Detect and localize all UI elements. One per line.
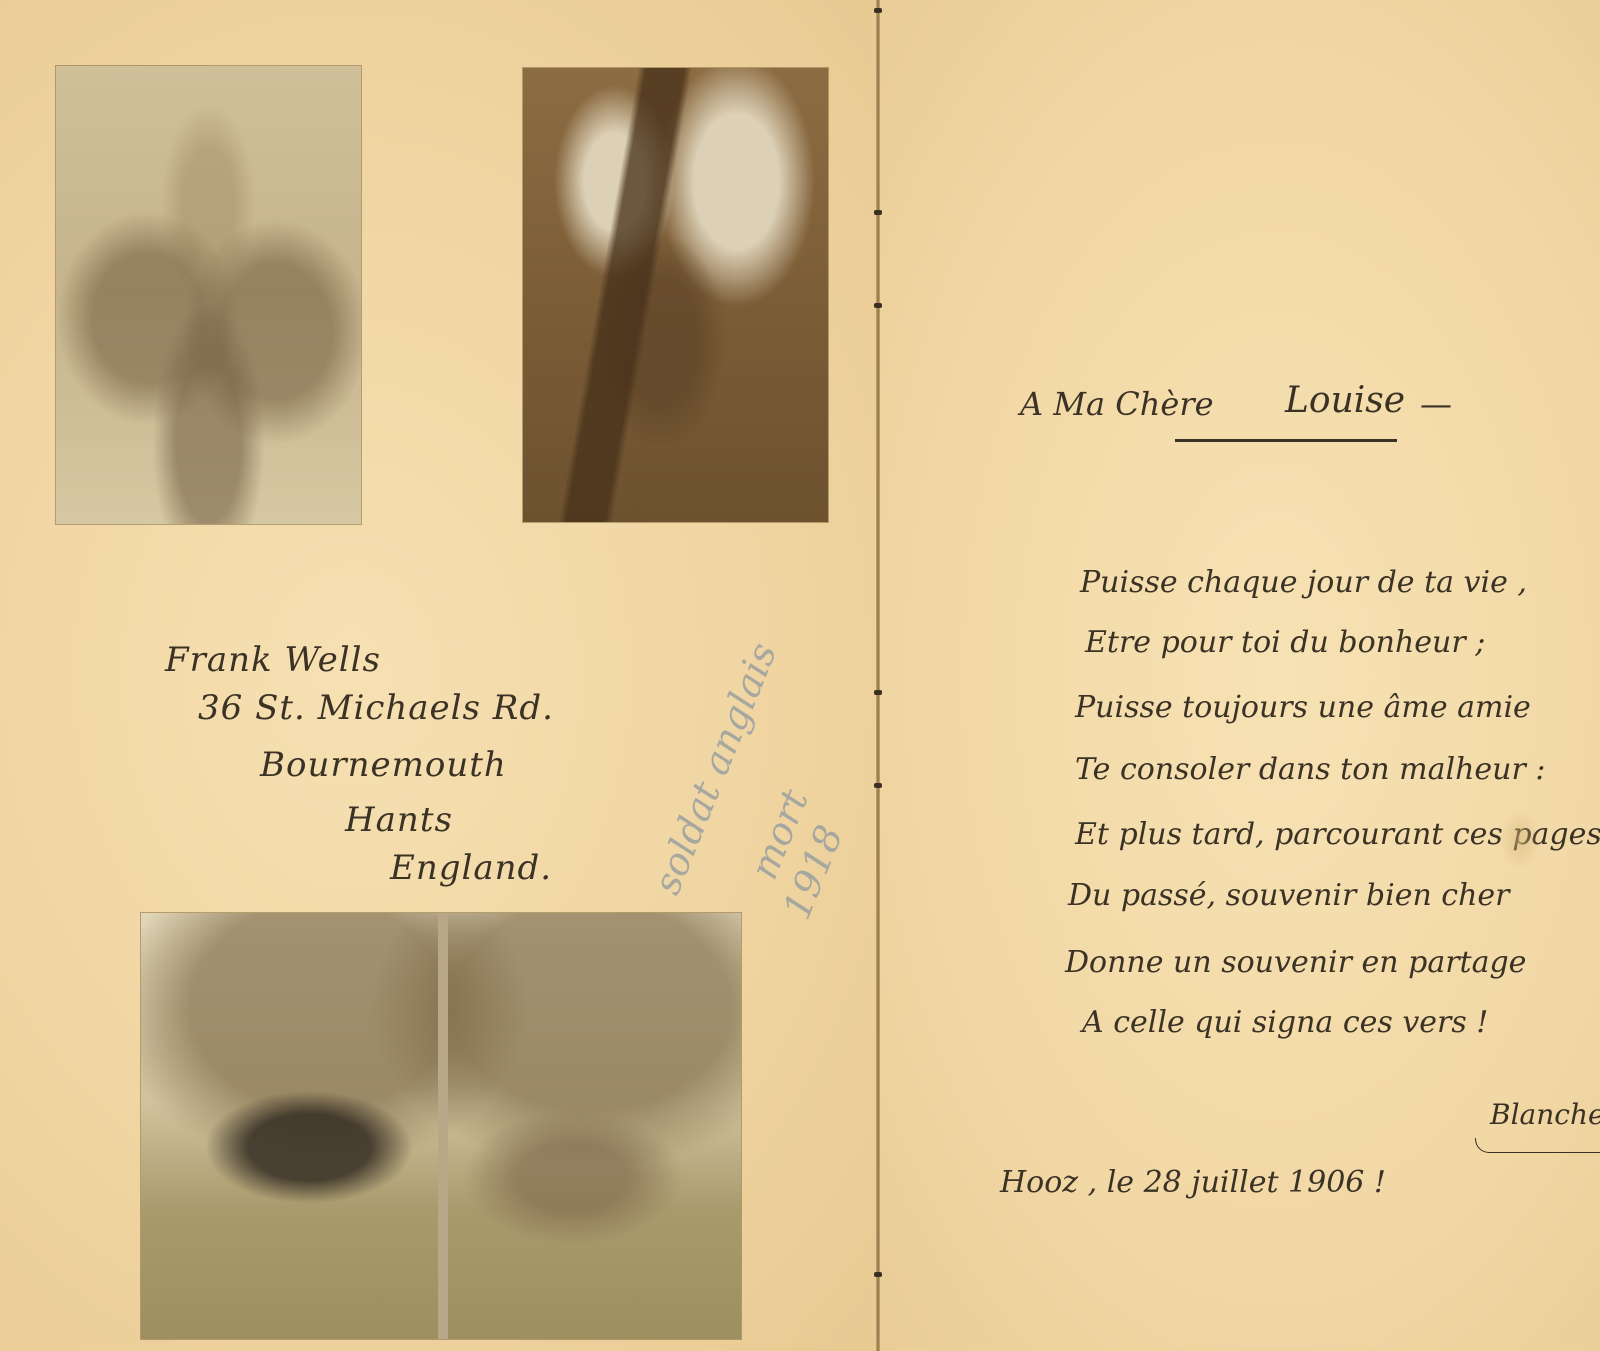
verse-line: Du passé, souvenir bien cher bbox=[1068, 878, 1510, 913]
binding-stitch bbox=[874, 303, 882, 308]
address-name: Frank Wells bbox=[165, 640, 381, 680]
address-town: Bournemouth bbox=[260, 745, 507, 785]
book-gutter bbox=[876, 0, 880, 1351]
photo-man-by-tree bbox=[523, 68, 828, 522]
verse-line: Donne un souvenir en partage bbox=[1065, 945, 1526, 980]
address-street: 36 St. Michaels Rd. bbox=[198, 688, 554, 728]
verse-line: Etre pour toi du bonheur ; bbox=[1085, 625, 1485, 660]
heading-suffix: — bbox=[1420, 385, 1452, 423]
verse-line: Puisse chaque jour de ta vie , bbox=[1080, 565, 1527, 600]
binding-stitch bbox=[874, 8, 882, 13]
signature-flourish bbox=[1475, 1138, 1600, 1153]
photo-group-portrait bbox=[56, 66, 361, 524]
address-country: England. bbox=[390, 848, 552, 888]
binding-stitch bbox=[874, 783, 882, 788]
paper-stain bbox=[1500, 810, 1540, 870]
binding-stitch bbox=[874, 210, 882, 215]
verse-line: Puisse toujours une âme amie bbox=[1075, 690, 1531, 725]
binding-stitch bbox=[874, 690, 882, 695]
heading-name: Louise bbox=[1285, 380, 1405, 421]
place-date: Hooz , le 28 juillet 1906 ! bbox=[1000, 1165, 1386, 1200]
heading-underline bbox=[1175, 439, 1397, 442]
signature: Blanche bbox=[1490, 1098, 1600, 1131]
verse-line: A celle qui signa ces vers ! bbox=[1082, 1005, 1488, 1040]
binding-stitch bbox=[874, 1272, 882, 1277]
verse-line: Te consoler dans ton malheur : bbox=[1075, 752, 1545, 787]
address-county: Hants bbox=[345, 800, 453, 840]
heading-prefix: A Ma Chère bbox=[1020, 385, 1214, 423]
photo-couple-on-grass bbox=[141, 913, 741, 1339]
